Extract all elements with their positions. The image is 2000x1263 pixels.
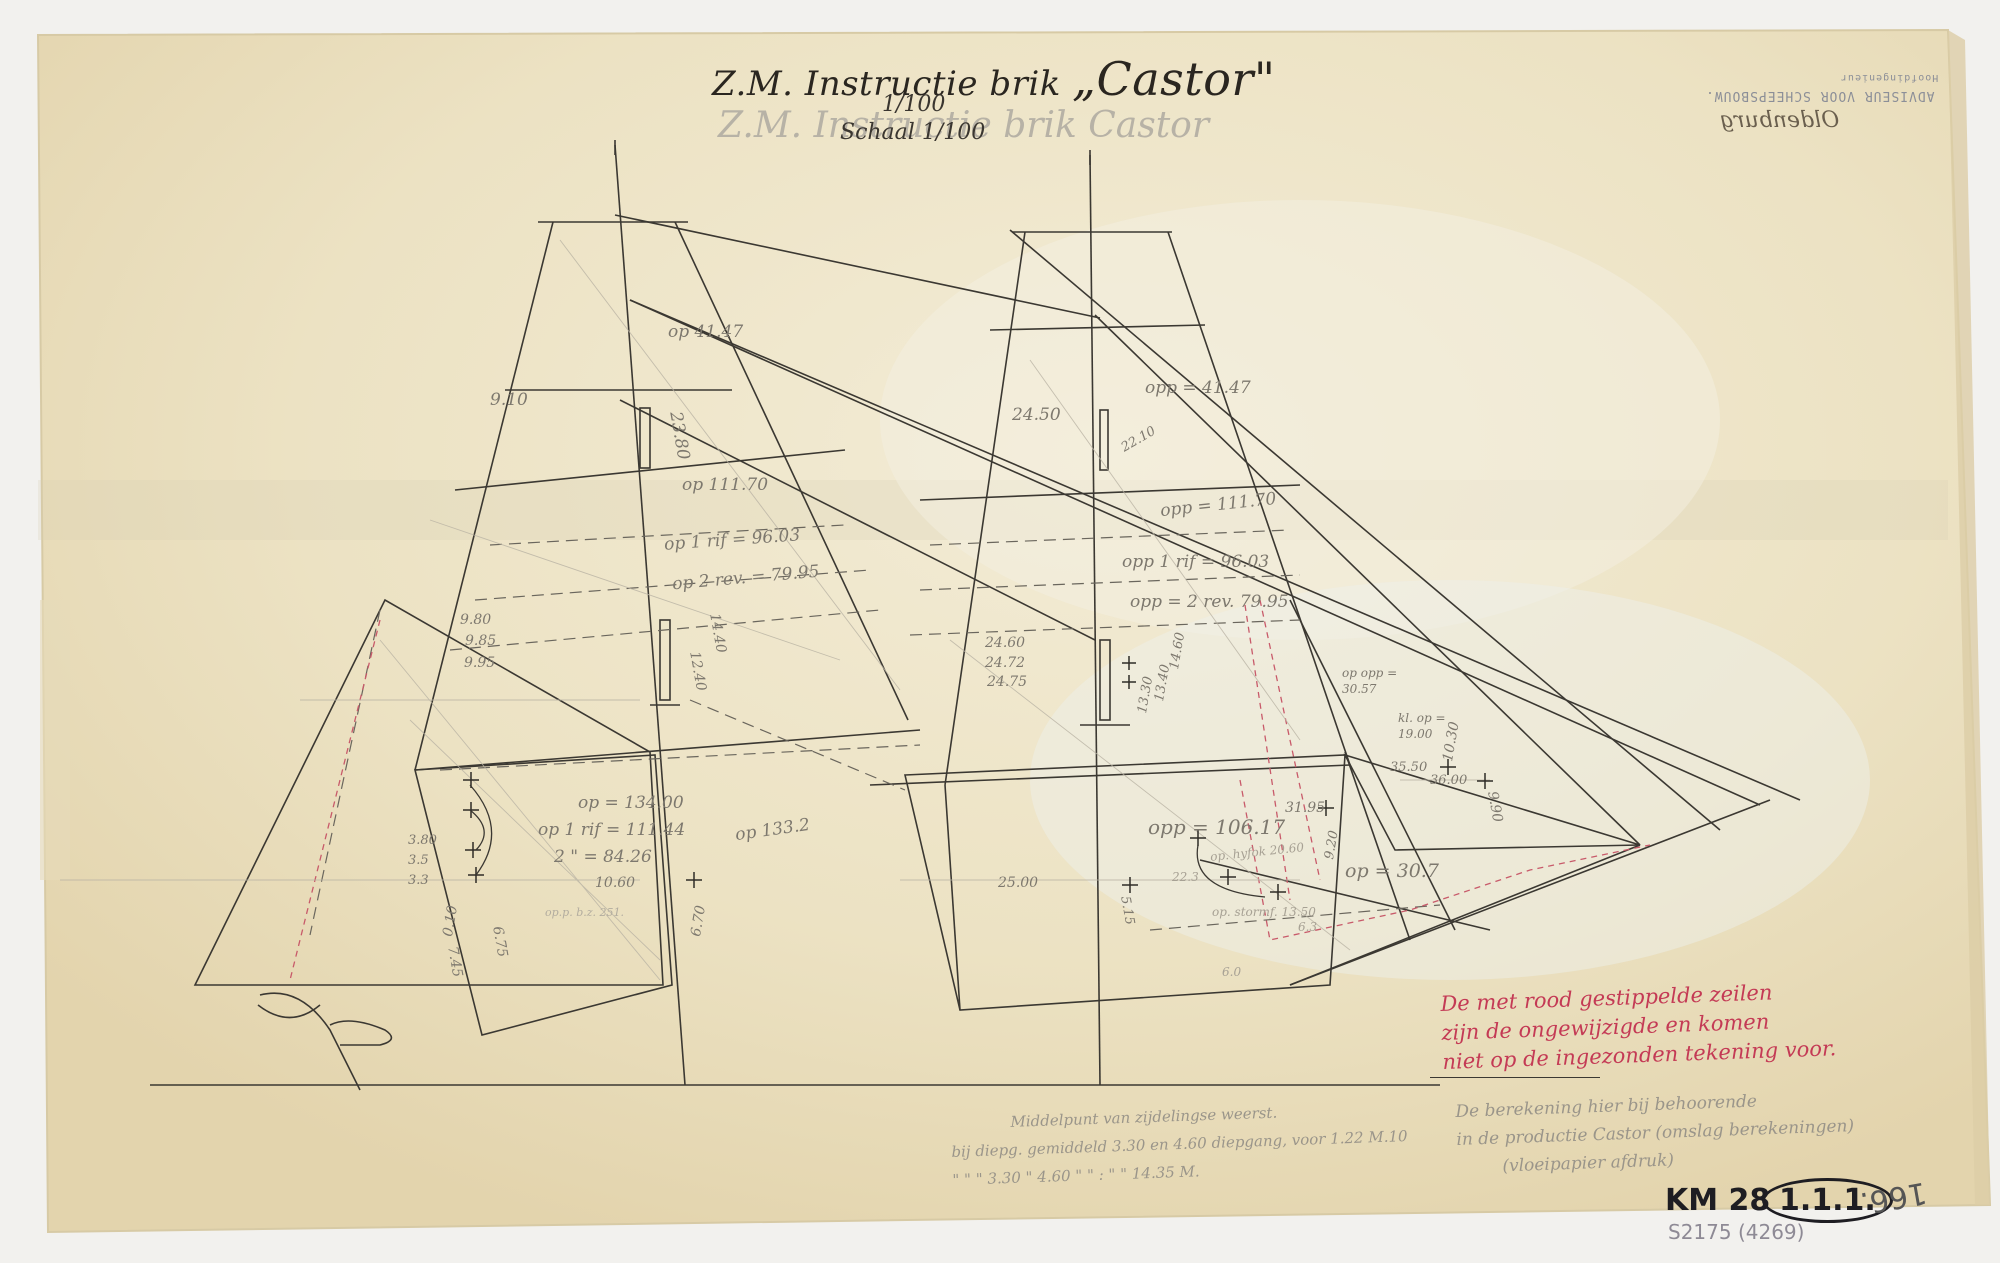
fore-mainsail-reef1: op 1 rif = 111.44 [538, 820, 685, 840]
fore-topsail-area: op 111.70 [682, 475, 768, 495]
title-ship-name: „Castor" [1072, 52, 1275, 106]
mizzen-dim-3: 3.3 [408, 873, 429, 888]
fore-royal-area: op 41.47 [668, 322, 743, 342]
main-course-area: opp = 106.17 [1148, 815, 1285, 839]
red-note-underline [1430, 1077, 1600, 1078]
inner-jib-area: op opp = 30.57 [1342, 665, 1402, 697]
main-faint-note-5: 6.0 [1222, 965, 1241, 979]
main-faint-note-4: 6.3 [1298, 920, 1317, 934]
sail-plan-sheet: Z.M. Instructie brik „Castor" Z.M. Instr… [0, 0, 2000, 1263]
red-note: De met rood gestippelde zeilen zijn de o… [1440, 976, 1837, 1077]
pencil-note-center: Middelpunt van zijdelingse weerst. bij d… [950, 1094, 1409, 1194]
scale-fraction-above: 1/100 [882, 92, 945, 117]
fore-mainsail-faint: op.p. b.z. 251. [545, 906, 624, 919]
scale-value: 1/100 [922, 120, 985, 145]
fore-top-dimension: 9.10 [490, 390, 528, 410]
mizzen-dim-1: 3.80 [408, 833, 437, 848]
main-faint-note-1: 22.3 [1172, 870, 1199, 884]
gaff-area: op = 30.7 [1345, 860, 1439, 882]
scale-word: Schaal [840, 120, 915, 145]
sail-plan-drawing [0, 0, 2000, 1263]
collection-id: KM 28 [1665, 1183, 1770, 1218]
main-royal-area: opp = 41.47 [1145, 378, 1251, 398]
pencil-note-right: De berekening hier bij behoorende in de … [1455, 1084, 1856, 1182]
fore-mainsail-reef2: 2 " = 84.26 [554, 847, 652, 867]
fore-course-dim-2: 9.85 [465, 633, 496, 649]
mizzen-dim-2: 3.5 [408, 853, 429, 868]
main-course-dim-left: 25.00 [998, 875, 1038, 891]
main-faint-note-3: op. stormf. 13.50 [1212, 905, 1316, 919]
jib-dim-1: 35.50 [1390, 760, 1427, 775]
main-course-dim-3: 24.75 [987, 674, 1027, 690]
main-reef2-area: opp = 2 rev. 79.95 [1130, 592, 1289, 612]
fore-course-dim-1: 9.80 [460, 612, 491, 628]
fore-mainsail-area: op = 134.00 [578, 793, 684, 813]
fore-course-dim-3: 9.95 [464, 655, 495, 671]
archive-code: S2175 (4269) [1668, 1220, 1804, 1244]
fore-mainsail-note: 10.60 [595, 875, 635, 891]
drawing-title: Z.M. Instructie brik „Castor" [712, 52, 1276, 106]
stamp-signature: Oldenburg [1720, 108, 1839, 133]
main-top-dimension: 24.50 [1012, 405, 1061, 425]
main-reef1-area: opp 1 rif = 96.03 [1122, 552, 1269, 572]
jib-dim-2: 36.00 [1430, 773, 1467, 788]
scale-label: Schaal 1/100 [840, 120, 985, 145]
main-course-dim-1: 24.60 [985, 635, 1025, 651]
spanker-dim: 31.95 [1285, 800, 1325, 816]
stamp-line-2: ADVISEUR VOOR SCHEEPSBOUW. [1705, 88, 1935, 103]
stamp-line-1: Hoofdingenieur [1840, 72, 1938, 83]
main-course-dim-2: 24.72 [985, 655, 1025, 671]
